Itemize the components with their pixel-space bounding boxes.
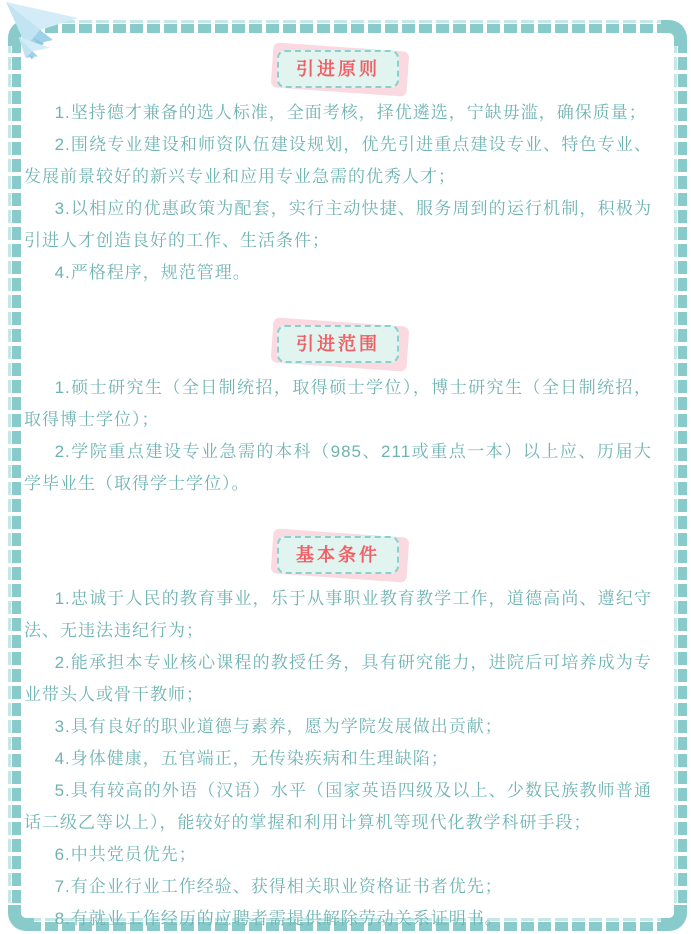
paragraph: 3.以相应的优惠政策为配套，实行主动快捷、服务周到的运行机制，积极为引进人才创造… — [24, 193, 652, 257]
announcement-page: 引进原则 1.坚持德才兼备的选人标准，全面考核，择优遴选，宁缺毋滥，确保质量； … — [0, 0, 691, 934]
section-header-requirements: 基本条件 — [277, 536, 399, 574]
paragraph: 8.有就业工作经历的应聘者需提供解除劳动关系证明书。 — [24, 903, 652, 934]
section-title: 引进原则 — [277, 50, 399, 88]
section-title: 引进范围 — [277, 325, 399, 363]
paragraph: 1.忠诚于人民的教育事业，乐于从事职业教育教学工作，道德高尚、遵纪守法、无违法违… — [24, 583, 652, 647]
paragraph: 4.严格程序，规范管理。 — [24, 257, 652, 289]
paragraph: 2.围绕专业建设和师资队伍建设规划，优先引进重点建设专业、特色专业、发展前景较好… — [24, 129, 652, 193]
paper-airplane-icon — [0, 0, 110, 72]
frame-edge-right — [674, 40, 687, 911]
section-header-principles: 引进原则 — [277, 50, 399, 88]
frame-corner-bottom-right — [661, 905, 687, 931]
paragraph: 3.具有良好的职业道德与素养，愿为学院发展做出贡献； — [24, 711, 652, 743]
section-body-requirements: 1.忠诚于人民的教育事业，乐于从事职业教育教学工作，道德高尚、遵纪守法、无违法违… — [24, 583, 652, 934]
paragraph: 4.身体健康，五官端正，无传染疾病和生理缺陷； — [24, 743, 652, 775]
section-body-principles: 1.坚持德才兼备的选人标准，全面考核，择优遴选，宁缺毋滥，确保质量； 2.围绕专… — [24, 97, 652, 289]
paragraph: 2.能承担本专业核心课程的教授任务，具有研究能力，进院后可培养成为专业带头人或骨… — [24, 647, 652, 711]
paragraph: 5.具有较高的外语（汉语）水平（国家英语四级及以上、少数民族教师普通话二级乙等以… — [24, 775, 652, 839]
paragraph: 7.有企业行业工作经验、获得相关职业资格证书者优先； — [24, 871, 652, 903]
frame-edge-left — [8, 40, 21, 911]
paragraph: 6.中共党员优先； — [24, 839, 652, 871]
frame-edge-top — [28, 20, 667, 33]
paragraph: 1.硕士研究生（全日制统招，取得硕士学位），博士研究生（全日制统招，取得博士学位… — [24, 372, 652, 436]
paragraph: 2.学院重点建设专业急需的本科（985、211或重点一本）以上应、历届大学毕业生… — [24, 436, 652, 500]
section-title: 基本条件 — [277, 536, 399, 574]
frame-corner-top-right — [661, 20, 687, 46]
section-body-scope: 1.硕士研究生（全日制统招，取得硕士学位），博士研究生（全日制统招，取得博士学位… — [24, 372, 652, 500]
paragraph: 1.坚持德才兼备的选人标准，全面考核，择优遴选，宁缺毋滥，确保质量； — [24, 97, 652, 129]
section-header-scope: 引进范围 — [277, 325, 399, 363]
announcement-content: 引进原则 1.坚持德才兼备的选人标准，全面考核，择优遴选，宁缺毋滥，确保质量； … — [24, 33, 652, 934]
